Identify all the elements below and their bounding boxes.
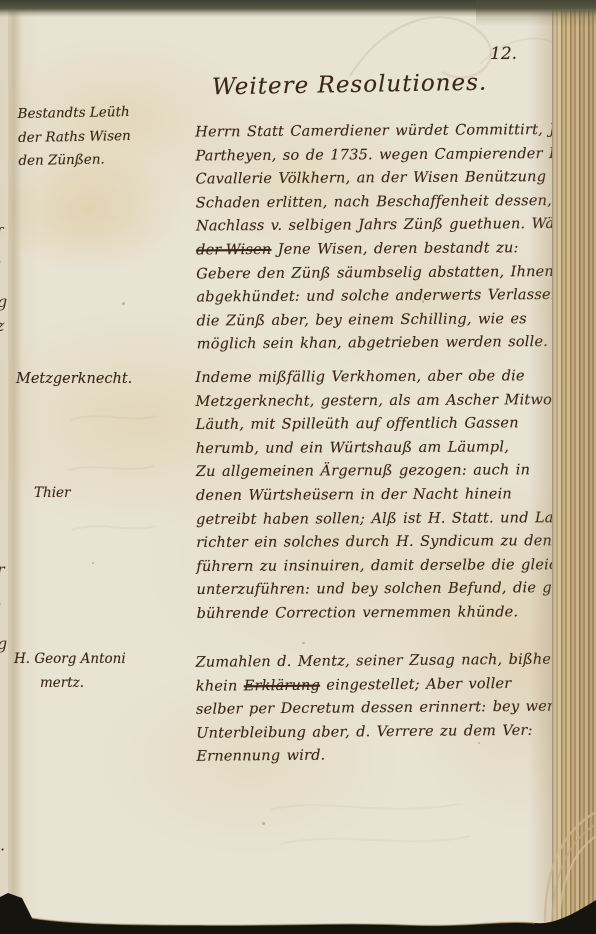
struck-word: Erklärung [244,677,320,694]
gutter-ink-fragment: ſ [0,224,2,243]
page-bottom-edge [0,885,596,934]
page-title: Weitere Resolutiones. [212,70,488,101]
margin-note-line: mertz. [14,672,126,696]
ink-speck [262,822,265,825]
manuscript-line: denen Würtsheüsern in der Nacht hinein [196,483,585,509]
manuscript-line: Läuth, mit Spilleüth auf offentlich Gass… [196,412,585,438]
struck-word: der-Wisen [196,242,271,259]
gutter-ink-fragment: ) [0,596,1,615]
margin-note-bestandtsleuth: Bestandts Leüth der Raths Wisen den Zünß… [17,101,131,174]
ink-speck [92,562,94,564]
gutter-ink-fragment: r [0,560,5,579]
margin-note-metzgerknecht: Metzgerknecht. [16,368,132,391]
manuscript-line: Zu allgemeinen Ärgernuß gezogen: auch in [196,459,585,485]
manuscript-line: herumb, und ein Würtshauß am Läumpl, [196,436,585,462]
margin-note-georg-antoni-mertz: H. Georg Antoni mertz. [14,648,126,695]
line-text: eingestellet; Aber voller [320,676,511,694]
manuscript-line: getreibt haben sollen; Alß ist H. Statt.… [196,507,585,533]
margin-note-line: H. Georg Antoni [14,648,126,672]
manuscript-line: führern zu insinuiren, damit derselbe di… [196,554,585,580]
margin-note-line: Bestandts Leüth [17,101,130,127]
gutter-ink-fragment: · [0,840,5,859]
fore-edge-shadow [528,10,554,934]
gutter-ink-fragment: g [0,634,7,653]
page-number: 12. [490,44,517,64]
ink-speck [302,642,305,644]
line-text: Jene Wisen, deren bestandt zu: [271,240,518,258]
margin-note-line: der Raths Wisen [18,125,131,151]
margin-note-thier: Thier [34,482,70,505]
line-text: khein [196,678,244,694]
gutter-ink-fragment: z [0,316,4,335]
margin-note-line: den Zünßen. [18,148,131,174]
book-fore-edge [552,10,596,934]
book-top-edge-corner [476,0,596,26]
ink-speck [122,302,125,305]
manuscript-line: unterzuführen: und bey solchen Befund, d… [196,577,585,603]
resolution-paragraph-2: Indeme mißfällig Verkhomen, aber obe die… [195,365,585,627]
manuscript-page: ſ ) g z r ) g · 12. Weitere Resolutiones… [0,0,596,934]
gutter-ink-fragment: ) [0,254,1,273]
manuscript-line: richter ein solches durch H. Syndicum zu… [196,530,585,556]
bleedthrough-marks [60,400,180,600]
gutter-ink-fragment: g [0,292,7,311]
bleedthrough-marks [260,780,480,870]
manuscript-line: Indeme mißfällig Verkhomen, aber obe die [195,365,584,391]
manuscript-line: Metzgerknecht, gestern, als am Ascher Mi… [195,389,584,415]
